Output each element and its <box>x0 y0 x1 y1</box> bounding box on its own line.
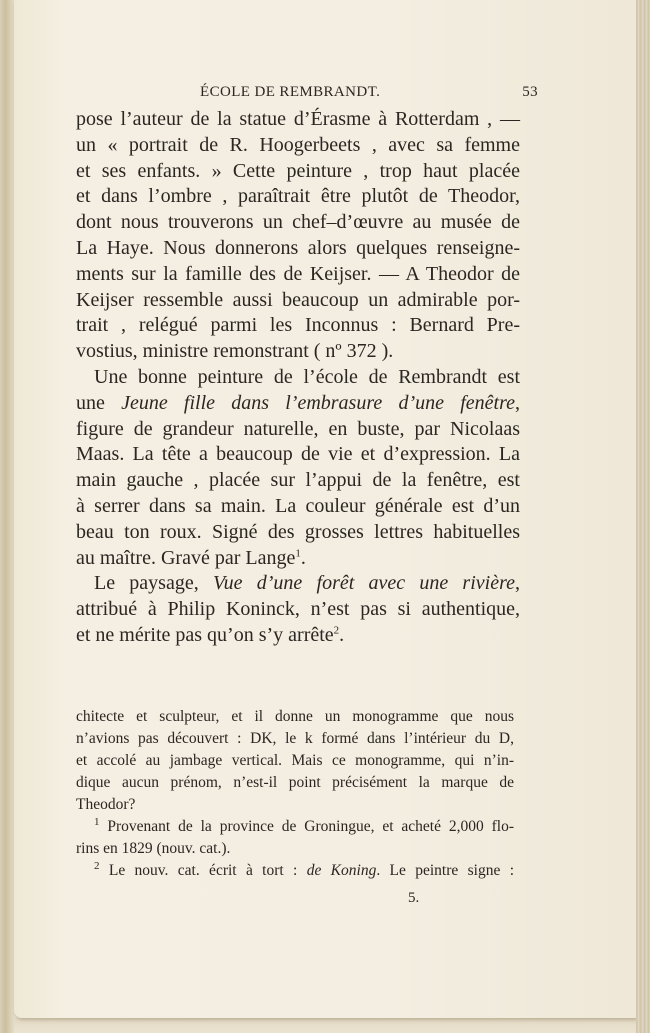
footnote-2: 2 Le nouv. cat. écrit à tort : de Koning… <box>76 860 514 882</box>
page-number: 53 <box>522 84 538 101</box>
text-line: et dans l’ombre , paraîtrait être plutôt… <box>76 184 520 210</box>
footnote-line: et accolé au jambage vertical. Mais ce m… <box>76 750 514 772</box>
book-gutter <box>0 0 14 1033</box>
paragraph-2-line: beau ton roux. Signé des grosses lettres… <box>76 520 520 546</box>
artwork-title: Jeune fille dans l’embrasure d’une fenêt… <box>121 392 515 414</box>
footnote-marker: 1 <box>94 816 100 828</box>
text-line: dont nous trouverons un chef–d’œuvre au … <box>76 210 520 236</box>
paragraph-3-line: attribué à Philip Koninck, n’est pas si … <box>76 597 520 623</box>
paragraph-2-line: Une bonne peinture de l’école de Rembran… <box>76 365 520 391</box>
page-stack-edge <box>636 0 650 1033</box>
text-line: Keijser ressemble aussi beaucoup un admi… <box>76 288 520 314</box>
artist-name: de Koning <box>307 862 377 879</box>
text-line: trait , relégué parmi les Inconnus : Ber… <box>76 313 520 339</box>
footnote-1: 1 Provenant de la province de Groningue,… <box>76 816 514 838</box>
main-text: pose l’auteur de la statue d’Érasme à Ro… <box>76 107 520 649</box>
text-line: un « portrait de R. Hoogerbeets , avec s… <box>76 133 520 159</box>
running-head-title: ÉCOLE DE REMBRANDT. <box>200 84 380 101</box>
text-line: ments sur la famille des de Keijser. — A… <box>76 262 520 288</box>
paragraph-3-line: et ne mérite pas qu’on s’y arrête2. <box>76 623 520 649</box>
paragraph-2-line: à serrer dans sa main. La couleur généra… <box>76 494 520 520</box>
paragraph-2-line: figure de grandeur naturelle, en buste, … <box>76 417 520 443</box>
footnote-line: Theodor? <box>76 794 514 816</box>
footnote-line: dique aucun prénom, n’est-il point préci… <box>76 772 514 794</box>
text-line: La Haye. Nous donnerons alors quelques r… <box>76 236 520 262</box>
footnotes: chitecte et sculpteur, et il donne un mo… <box>76 706 514 882</box>
footnote-line: n’avions pas découvert : DK, le k formé … <box>76 728 514 750</box>
signature-mark: 5. <box>408 890 419 907</box>
paragraph-3-line: Le paysage, Vue d’une forêt avec une riv… <box>76 571 520 597</box>
page-stack-bottom <box>14 1018 650 1033</box>
paragraph-2-line: au maître. Gravé par Lange1. <box>76 546 520 572</box>
footnote-1-cont: rins en 1829 (nouv. cat.). <box>76 838 514 860</box>
footnote-line: chitecte et sculpteur, et il donne un mo… <box>76 706 514 728</box>
text-line: pose l’auteur de la statue d’Érasme à Ro… <box>76 107 520 133</box>
footnote-marker: 2 <box>94 860 100 872</box>
running-head: ÉCOLE DE REMBRANDT. 53 <box>60 84 540 106</box>
artwork-title: Vue d’une forêt avec une rivière <box>213 572 515 594</box>
paragraph-2-line: main gauche , placée sur l’appui de la f… <box>76 468 520 494</box>
text-line: et ses enfants. » Cette peinture , trop … <box>76 159 520 185</box>
text-line: vostius, ministre remonstrant ( nº 372 )… <box>76 339 520 365</box>
paragraph-2-line: Maas. La tête a beaucoup de vie et d’exp… <box>76 442 520 468</box>
paragraph-2-line: une Jeune fille dans l’embrasure d’une f… <box>76 391 520 417</box>
